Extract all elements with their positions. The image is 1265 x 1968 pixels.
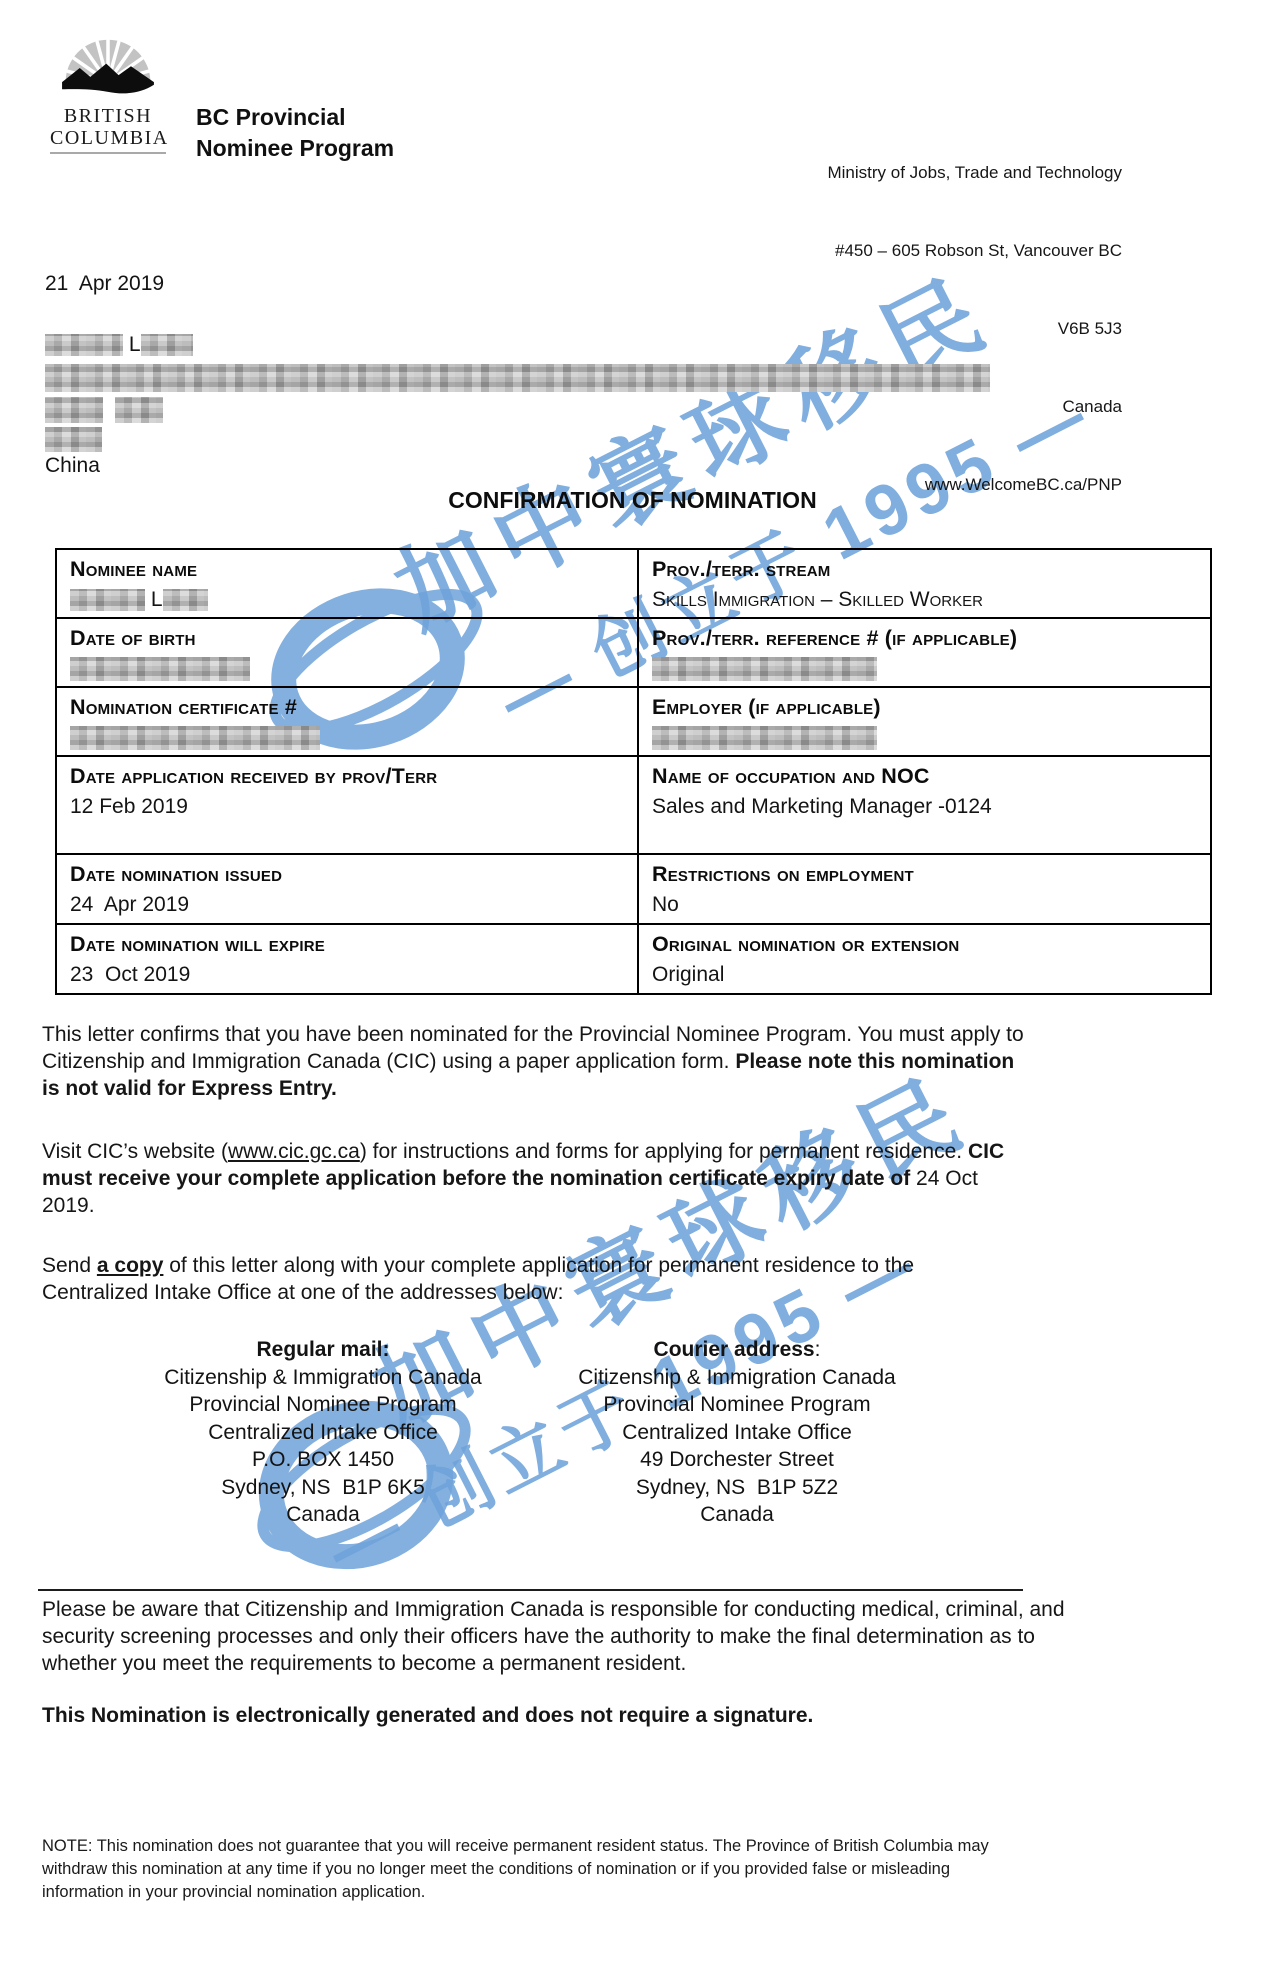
footnote-line: information in your provincial nominatio… <box>42 1881 1232 1904</box>
address-line: P.O. BOX 1450 <box>113 1446 533 1474</box>
addressee-country: China <box>45 454 100 478</box>
program-title: BC Provincial Nominee Program <box>196 102 394 164</box>
field-value: L <box>70 588 624 612</box>
cell-occupation-noc: Name of occupation and NOC Sales and Mar… <box>638 756 1211 854</box>
ministry-name: Ministry of Jobs, Trade and Technology <box>827 160 1122 186</box>
nomination-table: Nominee name L Prov./terr. stream Skills… <box>55 548 1212 995</box>
field-value: 12 Feb 2019 <box>70 795 624 819</box>
paragraph-cic-website: Visit CIC’s website (www.cic.gc.ca) for … <box>42 1138 1227 1219</box>
address-line: 49 Dorchester Street <box>527 1446 947 1474</box>
table-row: Date application received by prov/Terr 1… <box>56 756 1211 854</box>
addressee-city-line <box>45 397 163 423</box>
field-label: Employer (if applicable) <box>652 695 1197 720</box>
field-label: Date nomination issued <box>70 862 624 887</box>
paragraph-line: This letter confirms that you have been … <box>42 1021 1227 1048</box>
redacted-province <box>115 397 163 423</box>
paragraph-screening: Please be aware that Citizenship and Imm… <box>42 1596 1227 1677</box>
cic-website-link[interactable]: www.cic.gc.ca <box>228 1140 360 1163</box>
redacted-reference-number <box>652 657 877 681</box>
field-value: Skills Immigration – Skilled Worker <box>652 588 1197 612</box>
cell-date-application-received: Date application received by prov/Terr 1… <box>56 756 638 854</box>
field-label: Nomination certificate # <box>70 695 624 720</box>
paragraph-line: whether you meet the requirements to bec… <box>42 1650 1227 1677</box>
cell-employer: Employer (if applicable) <box>638 687 1211 756</box>
ministry-address-block: Ministry of Jobs, Trade and Technology #… <box>827 108 1122 550</box>
nominee-initial: L <box>151 588 163 611</box>
addressee-postal-line <box>45 427 102 452</box>
address-line: Centralized Intake Office <box>113 1419 533 1447</box>
regular-mail-address: Regular mail: Citizenship & Immigration … <box>113 1336 533 1529</box>
cell-date-nomination-expire: Date nomination will expire 23 Oct 2019 <box>56 924 638 994</box>
redacted-street-address <box>45 364 990 392</box>
cell-date-nomination-issued: Date nomination issued 24 Apr 2019 <box>56 854 638 924</box>
table-row: Nominee name L Prov./terr. stream Skills… <box>56 549 1211 618</box>
field-label: Date nomination will expire <box>70 932 624 957</box>
address-line: Centralized Intake Office <box>527 1419 947 1447</box>
field-label: Original nomination or extension <box>652 932 1197 957</box>
address-line: Provincial Nominee Program <box>113 1391 533 1419</box>
cell-nomination-certificate: Nomination certificate # <box>56 687 638 756</box>
signature-statement: This Nomination is electronically genera… <box>42 1702 1227 1729</box>
field-label: Date of birth <box>70 626 624 651</box>
field-label: Date application received by prov/Terr <box>70 764 624 789</box>
cell-original-or-extension: Original nomination or extension Origina… <box>638 924 1211 994</box>
a-copy-emphasis: a copy <box>97 1254 164 1277</box>
table-row: Date nomination will expire 23 Oct 2019 … <box>56 924 1211 994</box>
table-row: Nomination certificate # Employer (if ap… <box>56 687 1211 756</box>
paragraph-line: Visit CIC’s website (www.cic.gc.ca) for … <box>42 1138 1227 1165</box>
program-title-line2: Nominee Program <box>196 133 394 164</box>
ministry-street: #450 – 605 Robson St, Vancouver BC <box>827 238 1122 264</box>
addressee-initial: L <box>129 333 141 356</box>
document-title: CONFIRMATION OF NOMINATION <box>0 487 1265 514</box>
redacted-city <box>45 397 103 423</box>
addressee-name-line: L <box>45 333 193 357</box>
address-line: Sydney, NS B1P 6K5 <box>113 1474 533 1502</box>
field-label: Nominee name <box>70 557 624 582</box>
addressee-block: L China <box>45 333 1045 483</box>
table-row: Date nomination issued 24 Apr 2019 Restr… <box>56 854 1211 924</box>
paragraph-line: Please be aware that Citizenship and Imm… <box>42 1596 1227 1623</box>
paragraph-confirmation: This letter confirms that you have been … <box>42 1021 1227 1102</box>
field-value: 23 Oct 2019 <box>70 963 624 987</box>
paragraph-line: is not valid for Express Entry. <box>42 1075 1227 1102</box>
address-heading: Regular mail: <box>113 1336 533 1364</box>
address-line: Sydney, NS B1P 5Z2 <box>527 1474 947 1502</box>
cell-nominee-name: Nominee name L <box>56 549 638 618</box>
paragraph-line: Send a copy of this letter along with yo… <box>42 1252 1227 1279</box>
program-title-line1: BC Provincial <box>196 102 394 133</box>
field-value: 24 Apr 2019 <box>70 893 624 917</box>
field-value: Sales and Marketing Manager -0124 <box>652 795 1197 819</box>
field-value: No <box>652 893 1197 917</box>
redacted-certificate-number <box>70 726 320 750</box>
table-row: Date of birth Prov./terr. reference # (i… <box>56 618 1211 687</box>
bc-crest-logo: BRITISH COLUMBIA <box>50 36 166 154</box>
crest-underline <box>50 152 166 154</box>
footnote-line: NOTE: This nomination does not guarantee… <box>42 1835 1232 1858</box>
footnote-line: withdraw this nomination at any time if … <box>42 1858 1232 1881</box>
crest-text-columbia: COLUMBIA <box>50 127 166 149</box>
redacted-last-name <box>141 334 193 356</box>
redacted-postal-code <box>45 427 102 452</box>
cell-prov-terr-stream: Prov./terr. stream Skills Immigration – … <box>638 549 1211 618</box>
address-heading: Courier address: <box>527 1336 947 1364</box>
document-page: 加中寰球移民 — 创立于 1995 — 加中寰球移民 — 创立于 1995 — <box>0 0 1265 1968</box>
address-line: Provincial Nominee Program <box>527 1391 947 1419</box>
redacted-date-of-birth <box>70 657 250 681</box>
addressee-street-line <box>45 364 990 392</box>
footer-divider <box>38 1589 1023 1591</box>
field-value <box>70 657 624 681</box>
cell-restrictions-employment: Restrictions on employment No <box>638 854 1211 924</box>
paragraph-line: Citizenship and Immigration Canada (CIC)… <box>42 1048 1227 1075</box>
paragraph-line: Centralized Intake Office at one of the … <box>42 1279 1227 1306</box>
paragraph-line: must receive your complete application b… <box>42 1165 1227 1192</box>
redacted-employer <box>652 726 877 750</box>
field-label: Name of occupation and NOC <box>652 764 1197 789</box>
cell-date-of-birth: Date of birth <box>56 618 638 687</box>
field-value: Original <box>652 963 1197 987</box>
field-value <box>70 726 624 750</box>
cell-prov-terr-reference: Prov./terr. reference # (if applicable) <box>638 618 1211 687</box>
address-line: Citizenship & Immigration Canada <box>527 1364 947 1392</box>
crest-text-british: BRITISH <box>50 105 166 127</box>
courier-address: Courier address: Citizenship & Immigrati… <box>527 1336 947 1529</box>
letter-date: 21 Apr 2019 <box>45 272 164 296</box>
field-label: Restrictions on employment <box>652 862 1197 887</box>
bc-sun-mountains-icon <box>55 36 161 100</box>
field-value <box>652 657 1197 681</box>
field-label: Prov./terr. reference # (if applicable) <box>652 626 1197 651</box>
paragraph-line: 2019. <box>42 1192 1227 1219</box>
field-value <box>652 726 1197 750</box>
redacted-first-name <box>45 334 123 356</box>
address-line: Citizenship & Immigration Canada <box>113 1364 533 1392</box>
redacted-nominee-first-name <box>70 589 145 611</box>
address-line: Canada <box>527 1501 947 1529</box>
address-line: Canada <box>113 1501 533 1529</box>
paragraph-send-copy: Send a copy of this letter along with yo… <box>42 1252 1227 1306</box>
paragraph-line: security screening processes and only th… <box>42 1623 1227 1650</box>
redacted-nominee-last-name <box>163 589 208 611</box>
footnote: NOTE: This nomination does not guarantee… <box>42 1835 1232 1904</box>
field-label: Prov./terr. stream <box>652 557 1197 582</box>
